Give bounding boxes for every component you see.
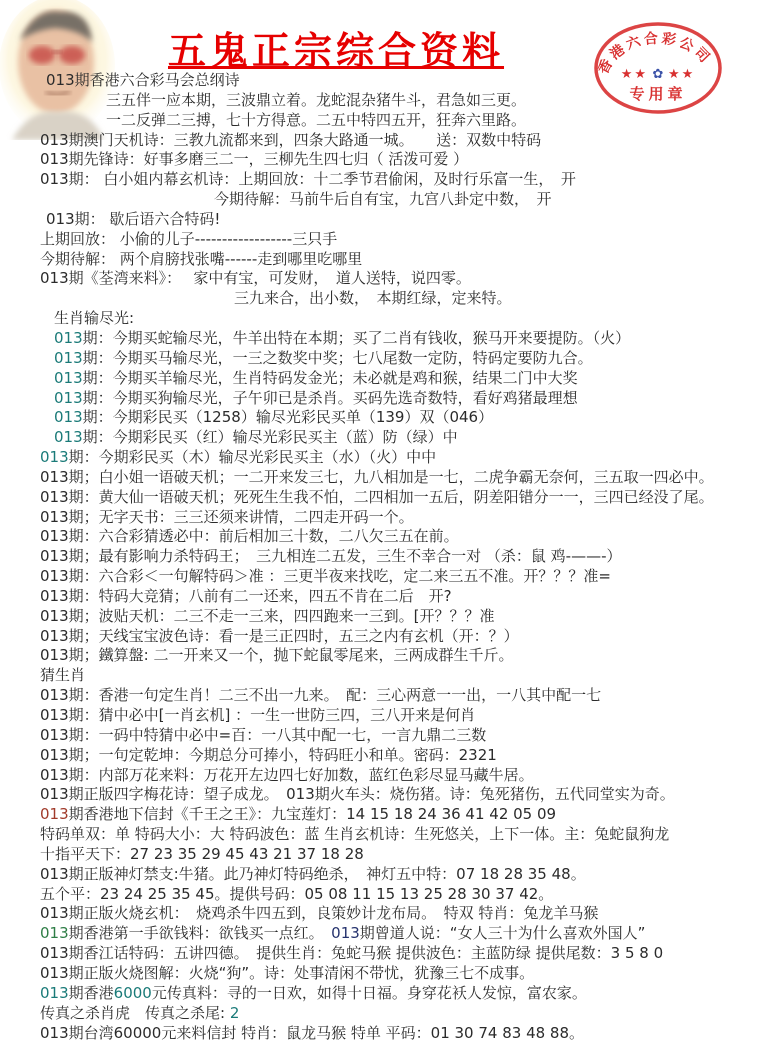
text-line: 013期香港第一手欲钱料：欲钱买一点红。 013期曾道人说：“女人三十为什么喜欢…: [40, 924, 755, 944]
text-segment: 期香港: [69, 984, 114, 1002]
text-line: 013期正版火烧图解：火烧“狗”。诗：处事清闲不带忧，犹豫三七不成事。: [40, 964, 755, 984]
text-line: 猜生肖: [40, 666, 755, 686]
text-segment: 期：今期买马输尽光，一三之数奖中奖；七八尾数一定防，特码定要防九合。: [83, 349, 593, 367]
company-stamp: 香港六合彩公司 ★★ ✿ ★★ 专用章: [590, 18, 726, 118]
text-segment: 013期；最有影响力杀特码王； 三九相连二五发，三生不幸合一对 （杀：鼠 鸡-—…: [40, 547, 622, 565]
text-line: 013期正版火烧玄机： 烧鸡杀牛四五到，良策妙计龙布局。 特双 特肖：兔龙羊马猴: [40, 904, 755, 924]
text-segment: 013期；鐵算盤: 二一开来又一个，抛下蛇鼠零尾来，三两成群生千斤。: [40, 646, 513, 664]
company-stamp-graphic: 香港六合彩公司 ★★ ✿ ★★ 专用章: [590, 18, 726, 118]
text-segment: 猜生肖: [40, 666, 85, 684]
text-segment: 013期澳门天机诗：三教九流都来到，四条大路通一城。 送：双数中特码: [40, 131, 541, 149]
text-segment: 2: [230, 1004, 240, 1022]
text-segment: 013期： 白小姐内幕玄机诗：上期回放：十二季节君偷闲，及时行乐富一生， 开: [40, 170, 576, 188]
text-segment: 013期香江话特码：五讲四德。 提供生肖：兔蛇马猴 提供波色：主蓝防绿 提供尾数…: [40, 944, 663, 962]
text-segment: 013: [54, 408, 83, 426]
text-line: 十指平天下：27 23 35 29 45 43 21 37 18 28: [40, 845, 755, 865]
text-segment: 013期《荃湾来料》： 家中有宝，可发财， 道人送特，说四零。: [40, 269, 471, 287]
text-line: 013期：六合彩猜透必中：前后相加三十数，二八欠三五在前。: [40, 527, 755, 547]
text-segment: 013期：一码中特猜中必中=百：一八其中配一七，一言九鼎二三数: [40, 726, 486, 744]
text-line: 013期：今期彩民买（红）输尽光彩民买主（蓝）防（绿）中: [40, 428, 755, 448]
text-line: 013期：今期买蛇输尽光，牛羊出特在本期；买了二肖有钱收，猴马开来要提防。（火）: [40, 329, 755, 349]
text-segment: 013: [54, 349, 83, 367]
text-line: 013期：一码中特猜中必中=百：一八其中配一七，一言九鼎二三数: [40, 726, 755, 746]
text-line: 013期香江话特码：五讲四德。 提供生肖：兔蛇马猴 提供波色：主蓝防绿 提供尾数…: [40, 944, 755, 964]
text-line: 013期：特码大竞猜；八前有二一还来，四五不肯在二后 开?: [40, 587, 755, 607]
text-line: 013期正版神灯禁支:牛猪。此乃神灯特码绝杀， 神灯五中特：07 18 28 3…: [40, 865, 755, 885]
text-segment: 期：今期彩民买（红）输尽光彩民买主（蓝）防（绿）中: [83, 428, 458, 446]
star-icon: ★★: [668, 67, 695, 82]
text-segment: 013: [40, 805, 69, 823]
text-line: 013期澳门天机诗：三教九流都来到，四条大路通一城。 送：双数中特码: [40, 131, 755, 151]
text-segment: 013期正版火烧图解：火烧“狗”。诗：处事清闲不带忧，犹豫三七不成事。: [40, 964, 534, 982]
svg-text:★★ ✿ ★★: ★★ ✿ ★★: [621, 67, 696, 82]
text-line: 013期《荃湾来料》： 家中有宝，可发财， 道人送特，说四零。: [40, 269, 755, 289]
text-line: 013期；天线宝宝波色诗：看一是三正四时，五三之内有玄机（开：？）: [40, 627, 755, 647]
text-line: 五个平：23 24 25 35 45。提供号码：05 08 11 15 13 2…: [40, 885, 755, 905]
text-segment: 今期待解：马前牛后自有宝，九宫八卦定中数， 开: [214, 190, 552, 208]
text-segment: 013期台湾60000元来料信封 特肖：鼠龙马猴 特单 平码：01 30 74 …: [40, 1024, 584, 1042]
text-line: 生肖输尽光:: [40, 309, 755, 329]
text-segment: 013: [40, 448, 69, 466]
text-segment: 013期；波贴天机：二三不走一三来，四四跑来一三到。[开？？？准: [40, 607, 495, 625]
text-line: 013期香港6000元传真料：寻的一日欢，如得十日福。身穿花袄人发惊，富农家。: [40, 984, 755, 1004]
text-segment: 三九来合，出小数， 本期红绿，定来特。: [234, 289, 512, 307]
text-line: 013期；一句定乾坤：今期总分可捧小，特码旺小和单。密码：2321: [40, 746, 755, 766]
text-segment: 期香港第一手欲钱料：欲钱买一点红。: [69, 924, 332, 942]
text-segment: 013期；一句定乾坤：今期总分可捧小，特码旺小和单。密码：2321: [40, 746, 497, 764]
text-line: 013期；无字天书：三三还须来讲情，二四走开码一个。: [40, 508, 755, 528]
text-segment: 013期；天线宝宝波色诗：看一是三正四时，五三之内有玄机（开：？）: [40, 627, 519, 645]
text-segment: 十指平天下：27 23 35 29 45 43 21 37 18 28: [40, 845, 364, 863]
text-segment: 一二反弹二三搏，七十方得意。二五中特四五开，狂奔六里路。: [106, 111, 526, 129]
text-segment: 013: [54, 389, 83, 407]
text-line: 特码单双：单 特码大小：大 特码波色：蓝 生肖玄机诗：生死悠关，上下一体。主：兔…: [40, 825, 755, 845]
text-line: 今期待解： 两个肩膀找张嘴------走到哪里吃哪里: [40, 250, 755, 270]
text-segment: 013期正版神灯禁支:牛猪。此乃神灯特码绝杀， 神灯五中特：07 18 28 3…: [40, 865, 586, 883]
stamp-bottom-text: 专用章: [629, 85, 686, 103]
text-line: 013期：今期买马输尽光，一三之数奖中奖；七八尾数一定防，特码定要防九合。: [40, 349, 755, 369]
text-segment: 生肖输尽光:: [54, 309, 134, 327]
text-line: 三九来合，出小数， 本期红绿，定来特。: [40, 289, 755, 309]
text-line: 013期：六合彩＜一句解特码＞准 ：三更半夜来找吃，定二来三五不准。开？？？准=: [40, 567, 755, 587]
text-segment: 今期待解： 两个肩膀找张嘴------走到哪里吃哪里: [40, 250, 362, 268]
text-segment: 6000: [114, 984, 152, 1002]
text-line: 013期台湾60000元来料信封 特肖：鼠龙马猴 特单 平码：01 30 74 …: [40, 1024, 755, 1044]
text-line: 013期；鐵算盤: 二一开来又一个，抛下蛇鼠零尾来，三两成群生千斤。: [40, 646, 755, 666]
text-line: 上期回放： 小偷的儿子------------------三只手: [40, 230, 755, 250]
flower-icon: ✿: [653, 67, 664, 82]
text-line: 013期：猜中必中[一肖玄机] ：一生一世防三四，三八开来是何肖: [40, 706, 755, 726]
text-segment: 013期：黄大仙一语破天机；死死生生我不怕，二四相加一五后，阴差阳错分一一，三四…: [40, 488, 714, 506]
text-segment: 013期；白小姐一语破天机；一二开来发三七，九八相加是一七，二虎争霸无奈何，三五…: [40, 468, 714, 486]
text-segment: 013: [54, 428, 83, 446]
text-line: 传真之杀肖虎 传真之杀尾: 2: [40, 1004, 755, 1024]
text-segment: 013期；无字天书：三三还须来讲情，二四走开码一个。: [40, 508, 414, 526]
text-segment: 期：今期买狗输尽光，子午卯已是杀肖。买码先选奇数特，看好鸡猪最理想: [83, 389, 578, 407]
text-segment: 013: [331, 924, 360, 942]
text-segment: 期：今期彩民买（1258）输尽光彩民买单（139）双（046）: [83, 408, 493, 426]
text-segment: 013: [54, 329, 83, 347]
text-line: 013期：香港一句定生肖！二三不出一九来。 配：三心两意一一出，一八其中配一七: [40, 686, 755, 706]
text-line: 013期： 白小姐内幕玄机诗：上期回放：十二季节君偷闲，及时行乐富一生， 开: [40, 170, 755, 190]
text-line: 013期：今期买羊输尽光，生肖特码发金光；未必就是鸡和猴，结果二门中大奖: [40, 369, 755, 389]
text-line: 013期先锋诗：好事多磨三二一，三柳先生四七归（ 活泼可爱 ）: [40, 150, 755, 170]
text-segment: 013期：猜中必中[一肖玄机] ：一生一世防三四，三八开来是何肖: [40, 706, 475, 724]
text-segment: 五个平：23 24 25 35 45。提供号码：05 08 11 15 13 2…: [40, 885, 553, 903]
text-segment: 元传真料：寻的一日欢，如得十日福。身穿花袄人发惊，富农家。: [152, 984, 587, 1002]
star-icon: ★★: [621, 67, 648, 82]
text-line: 今期待解：马前牛后自有宝，九宫八卦定中数， 开: [40, 190, 755, 210]
text-line: 013期：内部万花来料：万花开左边四七好加数，蓝红色彩尽显马藏牛居。: [40, 766, 755, 786]
text-segment: 013期：内部万花来料：万花开左边四七好加数，蓝红色彩尽显马藏牛居。: [40, 766, 534, 784]
text-segment: 013期：六合彩＜一句解特码＞准 ：三更半夜来找吃，定二来三五不准。开？？？准=: [40, 567, 611, 585]
text-segment: 013期先锋诗：好事多磨三二一，三柳先生四七归（ 活泼可爱 ）: [40, 150, 468, 168]
content-lines: 013期香港六合彩马会总纲诗三五伴一应本期，三波鼎立着。龙蛇混杂猪牛斗，君急如三…: [40, 71, 755, 1043]
text-segment: 013: [54, 369, 83, 387]
text-segment: 期曾道人说：“女人三十为什么喜欢外国人”: [360, 924, 646, 942]
text-segment: 上期回放： 小偷的儿子------------------三只手: [40, 230, 337, 248]
text-segment: 期香港地下信封《千王之王》：九宝莲灯：14 15 18 24 36 41 42 …: [69, 805, 556, 823]
text-segment: 期：今期彩民买（木）输尽光彩民买主（水）（火）中中: [69, 448, 437, 466]
text-segment: 传真之杀肖虎 传真之杀尾:: [40, 1004, 230, 1022]
text-line: 013期；波贴天机：二三不走一三来，四四跑来一三到。[开？？？准: [40, 607, 755, 627]
text-segment: 期：今期买羊输尽光，生肖特码发金光；未必就是鸡和猴，结果二门中大奖: [83, 369, 578, 387]
text-line: 013期；白小姐一语破天机；一二开来发三七，九八相加是一七，二虎争霸无奈何，三五…: [40, 468, 755, 488]
text-segment: 三五伴一应本期，三波鼎立着。龙蛇混杂猪牛斗，君急如三更。: [106, 91, 526, 109]
text-segment: 期：今期买蛇输尽光，牛羊出特在本期；买了二肖有钱收，猴马开来要提防。（火）: [83, 329, 631, 347]
page-title: 五鬼正宗综合资料: [168, 20, 504, 75]
text-segment: 013期：特码大竞猜；八前有二一还来，四五不肯在二后 开?: [40, 587, 452, 605]
text-segment: 013: [40, 984, 69, 1002]
text-line: 013期；最有影响力杀特码王； 三九相连二五发，三生不幸合一对 （杀：鼠 鸡-—…: [40, 547, 755, 567]
text-line: 013期香港地下信封《千王之王》：九宝莲灯：14 15 18 24 36 41 …: [40, 805, 755, 825]
text-line: 013期：今期买狗输尽光，子午卯已是杀肖。买码先选奇数特，看好鸡猪最理想: [40, 389, 755, 409]
text-segment: 013期：六合彩猜透必中：前后相加三十数，二八欠三五在前。: [40, 527, 459, 545]
text-segment: 特码单双：单 特码大小：大 特码波色：蓝 生肖玄机诗：生死悠关，上下一体。主：兔…: [40, 825, 669, 843]
text-line: 013期：今期彩民买（木）输尽光彩民买主（水）（火）中中: [40, 448, 755, 468]
text-line: 013期：黄大仙一语破天机；死死生生我不怕，二四相加一五后，阴差阳错分一一，三四…: [40, 488, 755, 508]
text-line: 013期正版四字梅花诗：望子成龙。 013期火车头：烧伤猪。诗：兔死猪伤，五代同…: [40, 785, 755, 805]
text-segment: 013期：香港一句定生肖！二三不出一九来。 配：三心两意一一出，一八其中配一七: [40, 686, 601, 704]
text-line: 013期：今期彩民买（1258）输尽光彩民买单（139）双（046）: [40, 408, 755, 428]
text-segment: 013期正版火烧玄机： 烧鸡杀牛四五到，良策妙计龙布局。 特双 特肖：兔龙羊马猴: [40, 904, 598, 922]
text-segment: 013期正版四字梅花诗：望子成龙。 013期火车头：烧伤猪。诗：兔死猪伤，五代同…: [40, 785, 675, 803]
text-segment: 013: [40, 924, 69, 942]
text-line: 013期： 歇后语六合特码!: [40, 210, 755, 230]
text-segment: 013期： 歇后语六合特码!: [46, 210, 220, 228]
